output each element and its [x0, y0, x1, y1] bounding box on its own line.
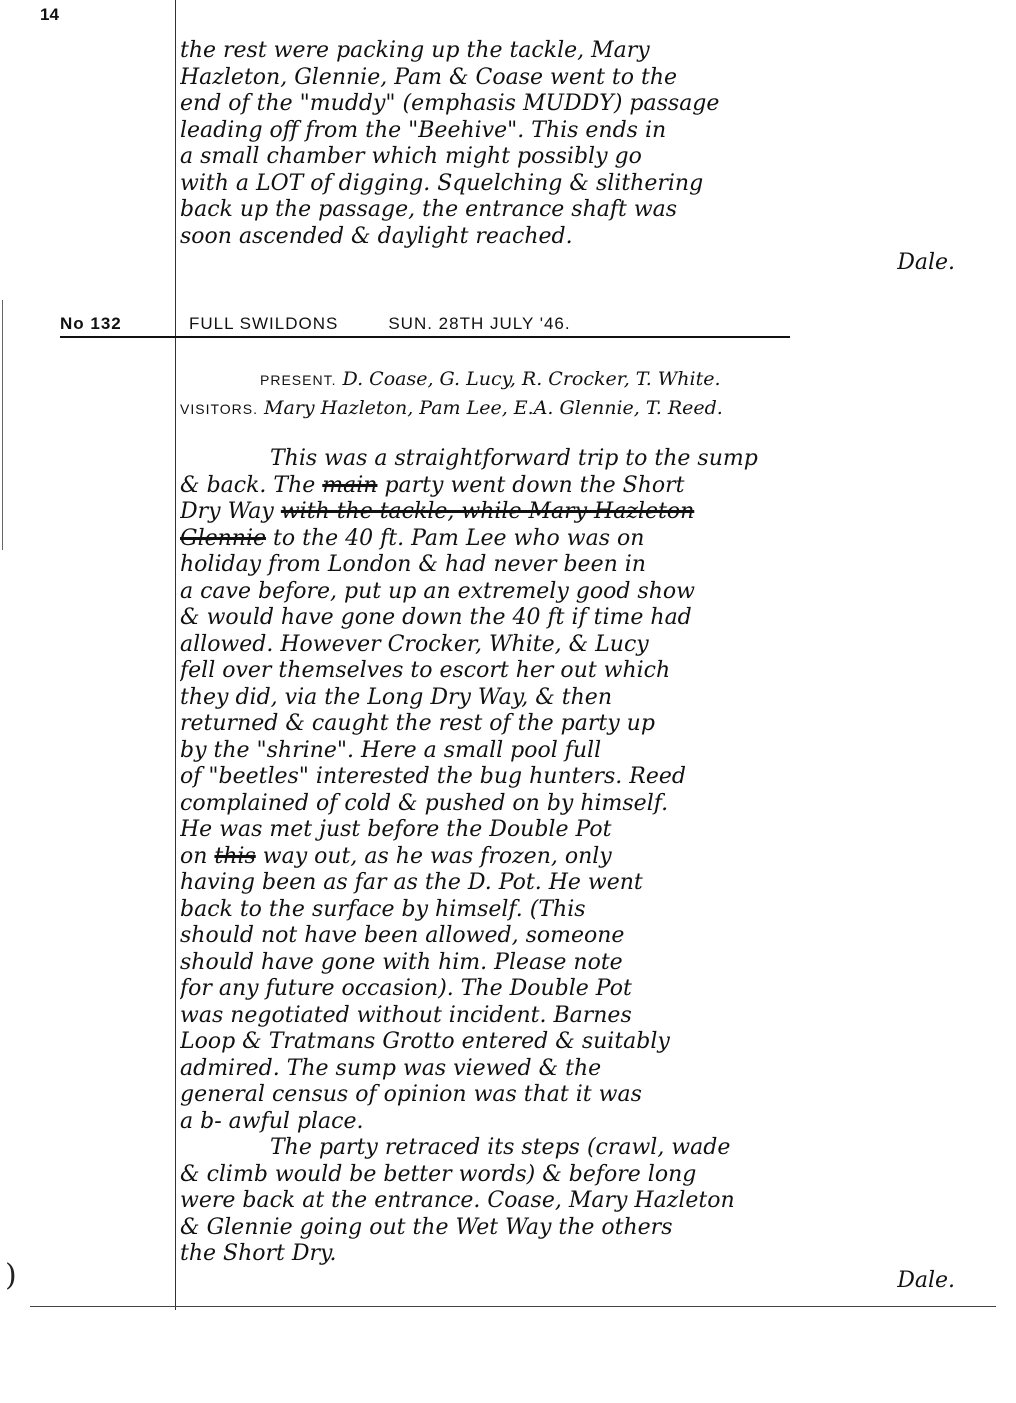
- text-line: by the "shrine". Here a small pool full: [180, 738, 980, 765]
- text-line: & would have gone down the 40 ft if time…: [180, 605, 980, 632]
- text-line: the Short Dry.: [180, 1241, 980, 1268]
- text-line: He was met just before the Double Pot: [180, 817, 980, 844]
- present-list: D. Coase, G. Lucy, R. Crocker, T. White.: [343, 368, 721, 390]
- struck-text: this: [214, 844, 255, 869]
- margin-rule: [175, 0, 176, 1310]
- entry-header: No 132 FULL SWILDONS SUN. 28TH JULY '46.: [60, 314, 790, 338]
- text-line: a cave before, put up an extremely good …: [180, 579, 980, 606]
- text-line: Glennie to the 40 ft. Pam Lee who was on: [180, 526, 980, 553]
- text-line: & climb would be better words) & before …: [180, 1162, 980, 1189]
- struck-text: Glennie: [180, 526, 266, 551]
- text-line: leading off from the "Beehive". This end…: [180, 118, 980, 145]
- text-line: having been as far as the D. Pot. He wen…: [180, 870, 980, 897]
- previous-entry: the rest were packing up the tackle, Mar…: [180, 38, 980, 277]
- text-line: This was a straightforward trip to the s…: [180, 446, 980, 473]
- text-line: for any future occasion). The Double Pot: [180, 976, 980, 1003]
- struck-text: with the tackle, while Mary Hazleton: [281, 499, 694, 524]
- entry-title: FULL SWILDONS: [189, 314, 338, 334]
- entry-signature: Dale.: [180, 1268, 980, 1295]
- text-line: were back at the entrance. Coase, Mary H…: [180, 1188, 980, 1215]
- attendance: PRESENT. D. Coase, G. Lucy, R. Crocker, …: [180, 365, 1000, 423]
- previous-entry-signature: Dale.: [180, 250, 980, 277]
- text-line: soon ascended & daylight reached.: [180, 224, 980, 251]
- text-line: admired. The sump was viewed & the: [180, 1056, 980, 1083]
- entry-body: This was a straightforward trip to the s…: [180, 446, 980, 1294]
- text-line: returned & caught the rest of the party …: [180, 711, 980, 738]
- text-line: back up the passage, the entrance shaft …: [180, 197, 980, 224]
- text-line: allowed. However Crocker, White, & Lucy: [180, 632, 980, 659]
- text-line: complained of cold & pushed on by himsel…: [180, 791, 980, 818]
- bottom-rule: [30, 1306, 996, 1307]
- text-line: & back. The main party went down the Sho…: [180, 473, 980, 500]
- text-line: a b- awful place.: [180, 1109, 980, 1136]
- text-line: should have gone with him. Please note: [180, 950, 980, 977]
- present-label: PRESENT.: [260, 372, 336, 388]
- text-line: on this way out, as he was frozen, only: [180, 844, 980, 871]
- text-line: should not have been allowed, someone: [180, 923, 980, 950]
- text-line: back to the surface by himself. (This: [180, 897, 980, 924]
- text-line: the rest were packing up the tackle, Mar…: [180, 38, 980, 65]
- text-line: Loop & Tratmans Grotto entered & suitabl…: [180, 1029, 980, 1056]
- text-line: they did, via the Long Dry Way, & then: [180, 685, 980, 712]
- text-line: end of the "muddy" (emphasis MUDDY) pass…: [180, 91, 980, 118]
- entry-date: SUN. 28TH JULY '46.: [388, 314, 570, 334]
- text-line: holiday from London & had never been in: [180, 552, 980, 579]
- edge-bracket-mark: ): [5, 1258, 17, 1293]
- text-line: with a LOT of digging. Squelching & slit…: [180, 171, 980, 198]
- page-number: 14: [40, 5, 59, 25]
- text-line: Dry Way with the tackle, while Mary Hazl…: [180, 499, 980, 526]
- text-line: of "beetles" interested the bug hunters.…: [180, 764, 980, 791]
- struck-text: main: [322, 473, 377, 498]
- text-line: The party retraced its steps (crawl, wad…: [180, 1135, 980, 1162]
- text-line: fell over themselves to escort her out w…: [180, 658, 980, 685]
- page-edge-mark: [2, 300, 3, 550]
- text-line: Hazleton, Glennie, Pam & Coase went to t…: [180, 65, 980, 92]
- text-line: a small chamber which might possibly go: [180, 144, 980, 171]
- entry-number: No 132: [60, 314, 173, 334]
- visitors-label: VISITORS.: [180, 401, 258, 417]
- text-line: & Glennie going out the Wet Way the othe…: [180, 1215, 980, 1242]
- text-line: was negotiated without incident. Barnes: [180, 1003, 980, 1030]
- visitors-list: Mary Hazleton, Pam Lee, E.A. Glennie, T.…: [264, 397, 723, 419]
- text-line: general census of opinion was that it wa…: [180, 1082, 980, 1109]
